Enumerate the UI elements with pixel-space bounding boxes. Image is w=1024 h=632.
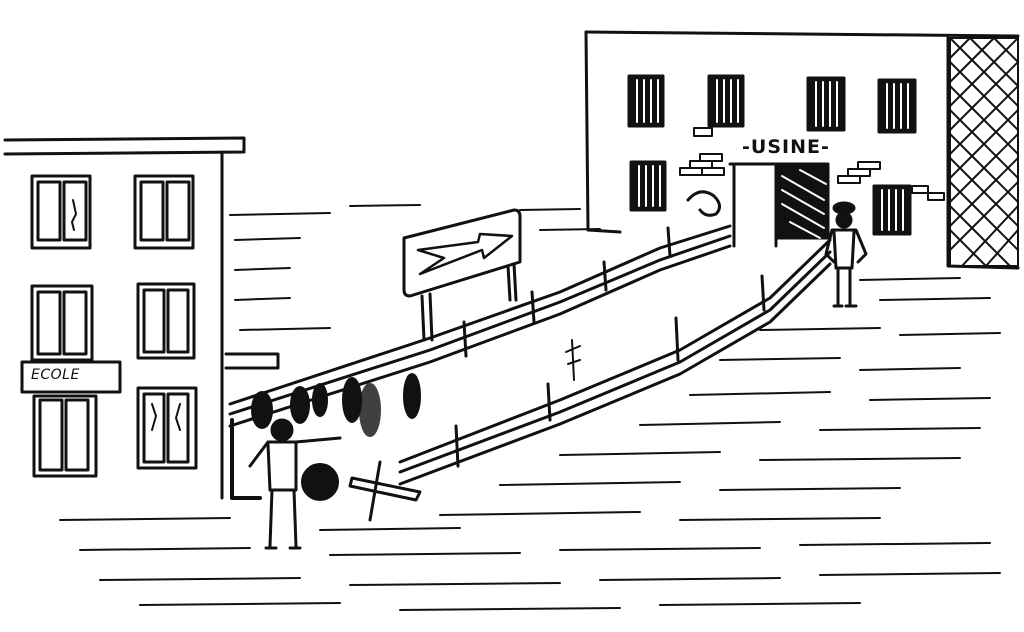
school-window	[32, 176, 90, 248]
school-door-lower	[34, 396, 96, 476]
factory-building	[586, 32, 1018, 268]
school-ledge	[226, 354, 278, 368]
ground-hatching	[60, 205, 1000, 610]
school-door-upper	[32, 286, 92, 360]
school-window	[135, 176, 193, 248]
guard-figure	[826, 203, 866, 306]
factory-doorway	[730, 164, 828, 246]
school-building	[5, 138, 244, 498]
small-plant	[566, 340, 580, 380]
bush	[688, 192, 720, 216]
factory-lattice	[950, 38, 1018, 266]
school-window	[138, 388, 196, 468]
ecole-sign	[22, 362, 120, 392]
illustration-canvas	[0, 0, 1024, 632]
factory-windows	[629, 76, 915, 234]
fence-right	[400, 240, 830, 484]
children-group	[232, 374, 420, 520]
signpost	[404, 210, 520, 340]
school-window	[138, 284, 194, 358]
